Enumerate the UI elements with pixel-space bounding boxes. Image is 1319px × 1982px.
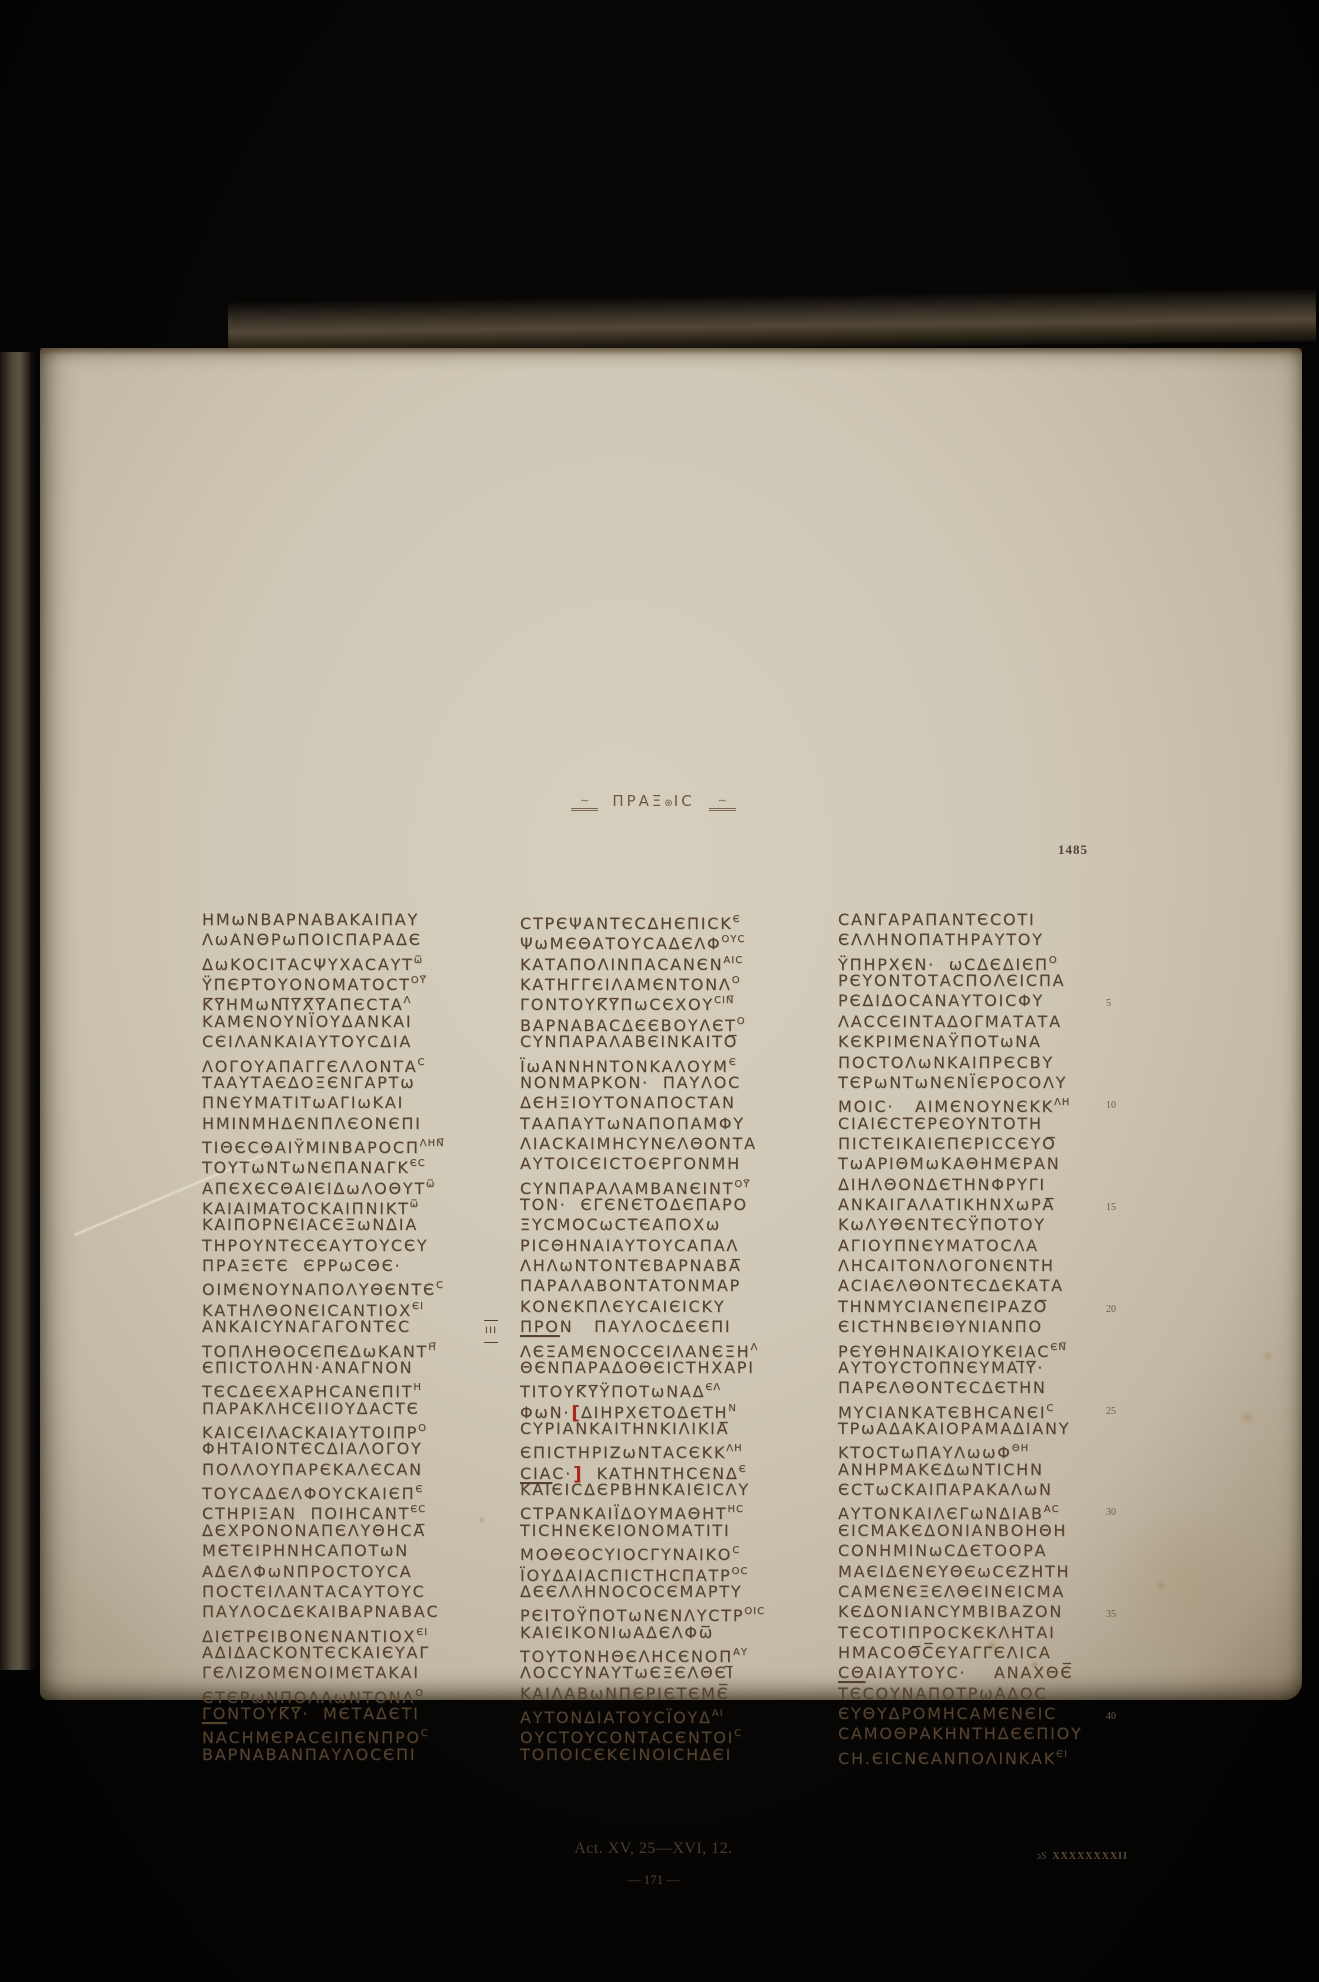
superscript-letters: ЄΝ̅	[1050, 1342, 1066, 1353]
manuscript-text-line: ΡЄΔΙΔΟСΑΝΑΥΤΟΙСΦΥ	[838, 991, 1083, 1011]
manuscript-text-line: СΑΜЄΝЄΞЄΛΘЄΙΝЄΙСΜΑ	[838, 1582, 1083, 1602]
superscript-letters: Ο	[737, 1016, 746, 1027]
manuscript-text-line: СΤΗΡΙΞΑΝ ΠΟΙΗСΑΝΤЄС	[202, 1500, 445, 1520]
manuscript-text-line: ΦΗΤΑΙΟΝΤЄСΔΙΑΛΟΓΟΥ	[202, 1439, 445, 1459]
manuscript-text-line: ΛЄΞΑΜЄΝΟССЄΙΛΑΝЄΞΗΛ	[520, 1338, 765, 1358]
manuscript-text-line: ΤΟΝ· ЄΓЄΝЄΤΟΔЄΠΑΡΟ	[520, 1195, 765, 1215]
paragraphus-underline: ΓΟ	[202, 1704, 227, 1723]
superscript-letters: ΟΙС	[744, 1606, 765, 1617]
foxing-spot	[478, 1516, 486, 1524]
manuscript-text-line: ЄΙСΤΗΝΒЄΙΘΥΝΙΑΝΠΟ	[838, 1317, 1083, 1337]
manuscript-text-line: ΤЄСΔЄЄΧΑΡΗСΑΝЄΠΙΤΗ	[202, 1378, 445, 1398]
superscript-letters: ω̅	[426, 1179, 435, 1190]
superscript-letters: Λ	[404, 995, 412, 1006]
superscript-letters: Є	[729, 1057, 737, 1068]
manuscript-text-line: ΠΝЄΥΜΑΤΙΤωΑΓΙωΚΑΙ	[202, 1093, 445, 1113]
manuscript-text-line: ΡЄΙΤΟΫΠΟΤωΝЄΝΛΥСΤΡΟΙС	[520, 1602, 765, 1622]
manuscript-text-line: ΤΙΘЄСΘΑΙΫΜΙΝΒΑΡΟСΠΛΗΝ̅	[202, 1134, 445, 1154]
manuscript-text-line: ΛΑССЄΙΝΤΑΔΟΓΜΑΤΑΤΑ	[838, 1012, 1083, 1032]
manuscript-text-line: ΠΟСΤЄΙΛΑΝΤΑСΑΥΤΟΥС	[202, 1582, 445, 1602]
manuscript-text-line: ΚΑΙЄΙΚΟΝΙωΑΔЄΛΦω̅	[520, 1623, 765, 1643]
manuscript-text-line: ΜΥСΙΑΝΚΑΤЄΒΗСΑΝЄΙС	[838, 1399, 1083, 1419]
manuscript-text-line: ΞΥСΜΟСωСΤЄΑΠΟΧω	[520, 1215, 765, 1235]
manuscript-text-line: ΗΜωΝΒΑΡΝΑΒΑΚΑΙΠΑΥ	[202, 910, 445, 930]
manuscript-text-line: ΠΑΡЄΛΘΟΝΤЄСΔЄΤΗΝ	[838, 1378, 1083, 1398]
manuscript-text-line: ΑΥΤΟΙСЄΙСΤΟЄΡΓΟΝΜΗ	[520, 1154, 765, 1174]
manuscript-text-line: ΠΑΥΛΟСΔЄΚΑΙΒΑΡΝΑΒΑС	[202, 1602, 445, 1622]
foxing-spot	[1238, 1410, 1256, 1425]
superscript-letters: ΟΥ̅	[411, 975, 427, 986]
red-close-bracket: ]	[572, 1463, 583, 1485]
superscript-letters: ΑΙС	[723, 955, 743, 966]
manuscript-text-line: ΤΡωΑΔΑΚΑΙΟΡΑΜΑΔΙΑΝΥ	[838, 1419, 1083, 1439]
manuscript-text-line: ΛΟΓΟΥΑΠΑΓΓЄΛΛΟΝΤΑС	[202, 1053, 445, 1073]
manuscript-text-line: СΥΝΠΑΡΑΛΑΒЄΙΝΚΑΙΤΟ̅	[520, 1032, 765, 1052]
manuscript-text-line: ΤΟΥΤωΝΤωΝЄΠΑΝΑΓΚЄС	[202, 1154, 445, 1174]
text-column-1: ΗΜωΝΒΑΡΝΑΒΑΚΑΙΠΑΥΛωΑΝΘΡωΠΟΙСΠΑΡΑΔЄΔωΚΟСΙ…	[202, 910, 445, 1765]
manuscript-text-line: СΤΡΑΝΚΑΙΪΔΟΥΜΑΘΗΤΗС	[520, 1500, 765, 1520]
manuscript-text-line: ΚΟΝЄΚΠΛЄΥСΑΙЄΙСΚΥ	[520, 1297, 765, 1317]
running-title-text: ΠΡΑΞ⊛ΙС	[612, 792, 694, 811]
superscript-letters: ΛΗ	[726, 1443, 742, 1454]
superscript-letters: ЄΙ	[416, 1627, 428, 1638]
manuscript-text-line: ΔЄЄΛΛΗΝΟСΟСЄΜΑΡΤΥ	[520, 1582, 765, 1602]
superscript-letters: Λ	[751, 1342, 759, 1353]
manuscript-text-line: ΤΑΑΠΑΥΤωΝΑΠΟΠΑΜΦΥ	[520, 1114, 765, 1134]
manuscript-text-line: ΤωΑΡΙΘΜωΚΑΘΗΜЄΡΑΝ	[838, 1154, 1083, 1174]
manuscript-text-line: ΜΑЄΙΔЄΝЄΥΘЄωСЄΖΗΤΗ	[838, 1562, 1083, 1582]
manuscript-text-line: ΗΜΑСΟΘ̅С̅ЄΥΑΓΓЄΛΙСΑ	[838, 1643, 1083, 1663]
text-column-3: СΑΝΓΑΡΑΠΑΝΤЄСΟΤΙЄΛΛΗΝΟΠΑΤΗΡΑΥΤΟΥΫΠΗΡΧЄΝ·…	[838, 910, 1083, 1765]
verse-number: 5	[1106, 994, 1111, 1014]
superscript-letters: ЄΙ	[1056, 1749, 1068, 1760]
manuscript-text-line: ΑСΙΑЄΛΘΟΝΤЄСΔЄΚΑΤΑ	[838, 1276, 1083, 1296]
manuscript-text-line: ΚΤΟСΤωΠΑΥΛωωΦΘΗ	[838, 1439, 1083, 1459]
manuscript-text-line: ΠΡΑΞЄΤЄ ЄΡΡωСΘЄ·	[202, 1256, 445, 1276]
manuscript-text-line: ΠΟСΤΟΛωΝΚΑΙΠΡЄСΒΥ	[838, 1053, 1083, 1073]
manuscript-text-line: ΓΟΝΤΟΥΚ̅Υ̅· ΜЄΤΑΔЄΤΙ	[202, 1704, 445, 1724]
superscript-letters: С	[436, 1280, 444, 1291]
verse-number: 20	[1106, 1300, 1116, 1320]
superscript-letters: Ο	[415, 1688, 424, 1699]
manuscript-text-line: СЄΙΛΑΝΚΑΙΑΥΤΟΥСΔΙΑ	[202, 1032, 445, 1052]
manuscript-text-line: ΑΔЄΛΦωΝΠΡΟСΤΟΥСΑ	[202, 1562, 445, 1582]
red-open-bracket: [	[570, 1402, 581, 1424]
manuscript-text-line: ΔЄΗΞΙΟΥΤΟΝΑΠΟСΤΑΝ	[520, 1093, 765, 1113]
manuscript-text-line: ΠΟΛΛΟΥΠΑΡЄΚΑΛЄСΑΝ	[202, 1460, 445, 1480]
manuscript-text-line: ЄΙСΜΑΚЄΔΟΝΙΑΝΒΟΗΘΗ	[838, 1521, 1083, 1541]
manuscript-text-line: ΤΙСΗΝЄΚЄΙΟΝΟΜΑΤΙΤΙ	[520, 1521, 765, 1541]
manuscript-text-line: ЄΛΛΗΝΟΠΑΤΗΡΑΥΤΟΥ	[838, 930, 1083, 950]
manuscript-text-line: ΚЄΚΡΙΜЄΝΑΫΠΟΤωΝΑ	[838, 1032, 1083, 1052]
manuscript-text-line: ΜΟΘЄΟСΥΙΟСΓΥΝΑΙΚΟС	[520, 1541, 765, 1561]
superscript-letters: С	[418, 1057, 426, 1068]
manuscript-text-line: ΡЄΥΘΗΝΑΙΚΑΙΟΥΚЄΙΑСЄΝ̅	[838, 1338, 1083, 1358]
superscript-letters: Ο	[418, 1423, 427, 1434]
manuscript-text-line: ΚΑΙΑΙΜΑΤΟСΚΑΙΠΝΙΚΤω̅	[202, 1195, 445, 1215]
manuscript-text-line: ΚЄΔΟΝΙΑΝСΥΜΒΙΒΑΖΟΝ	[838, 1602, 1083, 1622]
manuscript-text-line: ΓЄΛΙΖΟΜЄΝΟΙΜЄΤΑΚΑΙ	[202, 1663, 445, 1683]
manuscript-text-line: ΨωΜЄΘΑΤΟΥСΑΔЄΛΦΟΥС	[520, 930, 765, 950]
running-title: ∼ΠΡΑΞ⊛ΙС∼	[202, 792, 1105, 813]
title-ornament-icon: ⊛	[664, 798, 673, 809]
manuscript-text-line: ΟΙΜЄΝΟΥΝΑΠΟΛΥΘЄΝΤЄС	[202, 1276, 445, 1296]
manuscript-text-line: ЄΠΙСΤΗΡΙΖωΝΤΑСЄΚΚΛΗ	[520, 1439, 765, 1459]
facsimile-photo: ∼ΠΡΑΞ⊛ΙС∼ 1485 ΗΜωΝΒΑΡΝΑΒΑΚΑΙΠΑΥΛωΑΝΘΡωΠ…	[0, 0, 1319, 1982]
manuscript-text-line: ΤΑΑΥΤΑЄΔΟΞЄΝΓΑΡΤω	[202, 1073, 445, 1093]
manuscript-text-line: СΟΝΗΜΙΝωСΔЄΤΟΟΡΑ	[838, 1541, 1083, 1561]
manuscript-text-line: ΠΑΡΑΚΛΗСЄΙΙΟΥΔΑСΤЄ	[202, 1399, 445, 1419]
manuscript-text-line: ΔΙΗΛΘΟΝΔЄΤΗΝΦΡΥΓΙ	[838, 1175, 1083, 1195]
manuscript-text-line: ΒΑΡΝΑΒΑСΔЄЄΒΟΥΛЄΤΟ	[520, 1012, 765, 1032]
manuscript-text-line: ΘЄΝΠΑΡΑΔΟΘЄΙСΤΗΧΑΡΙ	[520, 1358, 765, 1378]
superscript-letters: Ο	[1049, 955, 1058, 966]
manuscript-text-line: ΚΑΤΗΓΓЄΙΛΑΜЄΝΤΟΝΛΟ	[520, 971, 765, 991]
superscript-letters: ЄС	[410, 1504, 426, 1515]
manuscript-text-line: ΛΙΑСΚΑΙΜΗСΥΝЄΛΘΟΝΤΑ	[520, 1134, 765, 1154]
manuscript-text-line: ΑΝΚΑΙΓΑΛΑΤΙΚΗΝΧωΡΑ̅	[838, 1195, 1083, 1215]
manuscript-text-line: ЄΤЄΡωΝΠΟΛΛωΝΤΟΝΛΟ	[202, 1684, 445, 1704]
manuscript-text-line: ΗΜΙΝΜΗΔЄΝΠΛЄΟΝЄΠΙ	[202, 1114, 445, 1134]
superscript-letters: ΟС	[732, 1566, 749, 1577]
manuscript-text-line: ΑΠЄΧЄСΘΑΙЄΙΔωΛΟΘΥΤω̅	[202, 1175, 445, 1195]
manuscript-text-line: ΛΟССΥΝΑΥΤωЄΞЄΛΘЄΙ̅	[520, 1663, 765, 1683]
manuscript-text-line: ΔΙЄΤΡЄΙΒΟΝЄΝΑΝΤΙΟΧЄΙ	[202, 1623, 445, 1643]
verse-number: 15	[1106, 1198, 1116, 1218]
manuscript-text-line: ΑΓΙΟΥΠΝЄΥΜΑΤΟСΛΑ	[838, 1236, 1083, 1256]
manuscript-text-line: СΘΑΙΑΥΤΟΥС· ΑΝΑΧΘЄ̅	[838, 1663, 1083, 1683]
manuscript-text-line: ΤΗΝΜΥСΙΑΝЄΠЄΙΡΑΖΟ̅	[838, 1297, 1083, 1317]
superscript-letters: ω̅	[414, 955, 423, 966]
folio-number: — 171 —	[202, 1872, 1105, 1888]
manuscript-text-line: ΡΙСΘΗΝΑΙΑΥΤΟΥСΑΠΑΛ	[520, 1236, 765, 1256]
manuscript-text-line: ΫΠΗΡΧЄΝ· ωСΔЄΔΙЄΠΟ	[838, 951, 1083, 971]
manuscript-text-line: ΦωΝ·[ΔΙΗΡΧЄΤΟΔЄΤΗΝ	[520, 1399, 765, 1419]
manuscript-text-line: ЄΥΘΥΔΡΟΜΗСΑΜЄΝЄΙС	[838, 1704, 1083, 1724]
superscript-letters: ΛΗ	[1054, 1097, 1070, 1108]
manuscript-text-line: ΤЄΡωΝΤωΝЄΝΪЄΡΟСΟΛΥ	[838, 1073, 1083, 1093]
manuscript-text-line: ΚΑΜЄΝΟΥΝΪΟΥΔΑΝΚΑΙ	[202, 1012, 445, 1032]
superscript-letters: ω̅	[410, 1199, 419, 1210]
manuscript-text-line: ΤΟΠΛΗΘΟСЄΠЄΔωΚΑΝΤΗ̅	[202, 1338, 445, 1358]
manuscript-text-line: ΫΠЄΡΤΟΥΟΝΟΜΑΤΟСΤΟΥ̅	[202, 971, 445, 991]
superscript-letters: С	[732, 1545, 740, 1556]
superscript-letters: ΛΗΝ̅	[420, 1138, 445, 1149]
manuscript-text-line: ΑΥΤΟΝΚΑΙΛЄΓωΝΔΙΑΒΑС	[838, 1500, 1083, 1520]
chapter-margin-numeral: ΙΙΙ	[484, 1320, 498, 1342]
manuscript-text-line: ΡЄΥΟΝΤΟΤΑСΠΟΛЄΙСΠΑ	[838, 971, 1083, 991]
manuscript-text-line: СΙΑΙЄСΤЄΡЄΟΥΝΤΟΤΗ	[838, 1114, 1083, 1134]
foxing-spot	[1262, 1350, 1274, 1362]
superscript-letters: Η̅	[428, 1342, 437, 1353]
paragraphus-underline: ΠΡΟ	[520, 1317, 560, 1336]
superscript-letters: ЄΛ	[705, 1382, 721, 1393]
stain-patch	[1100, 1508, 1270, 1658]
manuscript-text-line: ΑΝΚΑΙСΥΝΑΓΑΓΟΝΤЄС	[202, 1317, 445, 1337]
manuscript-text-line: ΠΙСΤЄΙΚΑΙЄΠЄΡΙССЄΥΟ̅	[838, 1134, 1083, 1154]
verse-number: 40	[1106, 1707, 1116, 1727]
title-flourish-right: ∼	[709, 794, 736, 811]
manuscript-text-line: ΪωΑΝΝΗΝΤΟΝΚΑΛΟΥΜЄ	[520, 1053, 765, 1073]
title-flourish-left: ∼	[571, 794, 598, 811]
verse-number: 25	[1106, 1402, 1116, 1422]
manuscript-text-line: ΚΑΤΗΛΘΟΝЄΙСΑΝΤΙΟΧЄΙ	[202, 1297, 445, 1317]
manuscript-text-line: СΑΜΟΘΡΑΚΗΝΤΗΔЄЄΠΙΟΥ	[838, 1724, 1083, 1744]
manuscript-text-line: ΤΟΥΤΟΝΗΘЄΛΗСЄΝΟΠΑΥ	[520, 1643, 765, 1663]
manuscript-text-line: ΟΥСΤΟΥСΟΝΤΑСЄΝΤΟΙС	[520, 1724, 765, 1744]
text-column-2: СΤΡЄΨΑΝΤЄСΔΗЄΠΙСΚЄΨωΜЄΘΑΤΟΥСΑΔЄΛΦΟΥСΚΑΤΑ…	[520, 910, 765, 1765]
plate-number: 1485	[1058, 842, 1118, 858]
manuscript-text-line: СΤΡЄΨΑΝΤЄСΔΗЄΠΙСΚЄ	[520, 910, 765, 930]
superscript-letters: ΑΙ	[712, 1708, 724, 1719]
manuscript-text-line: ЄΠΙСΤΟΛΗΝ·ΑΝΑΓΝΟΝ	[202, 1358, 445, 1378]
book-page-edges	[0, 352, 35, 1670]
manuscript-text-line: Κ̅Υ̅ΗΜωΝΙ̅Υ̅Χ̅Υ̅ΑΠЄСΤΑΛ	[202, 991, 445, 1011]
superscript-letters: Ν	[728, 1403, 736, 1414]
manuscript-text-line: ЄСΤωСΚΑΙΠΑΡΑΚΑΛωΝ	[838, 1480, 1083, 1500]
superscript-letters: Є	[733, 914, 741, 925]
superscript-letters: Є	[415, 1484, 423, 1495]
superscript-letters: С	[421, 1728, 429, 1739]
manuscript-text-line: ΪΟΥΔΑΙΑСΠΙСΤΗСΠΑΤΡΟС	[520, 1562, 765, 1582]
manuscript-text-line: ΚΑΙЄΙСΔЄΡΒΗΝΚΑΙЄΙСΛΥ	[520, 1480, 765, 1500]
manuscript-text-line: ΚωΛΥΘЄΝΤЄСΫΠΟΤΟΥ	[838, 1215, 1083, 1235]
quire-symbol-icon: ↄS	[1036, 1850, 1046, 1862]
scripture-reference: Act. XV, 25—XVI, 12.	[202, 1840, 1105, 1858]
verse-number: 30	[1106, 1503, 1116, 1523]
manuscript-text-line: ΤЄСΟΥΝΑΠΟΤΡωΑΔΟС	[838, 1684, 1083, 1704]
superscript-letters: ΘΗ	[1012, 1443, 1029, 1454]
manuscript-text-line: ΝΑСΗΜЄΡΑСЄΙΠЄΝΠΡΟС	[202, 1724, 445, 1744]
manuscript-text-line: ΔωΚΟСΙΤΑСΨΥΧΑСΑΥΤω̅	[202, 951, 445, 971]
manuscript-text-line: ΠΡΟΝ ΠΑΥΛΟСΔЄЄΠΙ	[520, 1317, 765, 1337]
superscript-letters: Ο	[732, 975, 741, 986]
superscript-letters: ΗС	[727, 1504, 744, 1515]
manuscript-text-line: ΤΟΥСΑΔЄΛΦΟΥСΚΑΙЄΠЄ	[202, 1480, 445, 1500]
superscript-letters: С	[734, 1728, 742, 1739]
verse-number: 35	[1106, 1605, 1116, 1625]
manuscript-text-line: СΗ.ЄΙСΝЄΑΝΠΟΛΙΝΚΑΚЄΙ	[838, 1745, 1083, 1765]
quire-signature: ↄSXXXXXXXXII	[1036, 1850, 1128, 1862]
manuscript-text-line: ΑΔΙΔΑСΚΟΝΤЄСΚΑΙЄΥΑΓ	[202, 1643, 445, 1663]
manuscript-text-line: ΑΝΗΡΜΑΚЄΔωΝΤΙСΗΝ	[838, 1460, 1083, 1480]
manuscript-text-line: ΤΗΡΟΥΝΤЄСЄΑΥΤΟΥСЄΥ	[202, 1236, 445, 1256]
manuscript-text-line: ΜЄΤЄΙΡΗΝΗСΑΠΟΤωΝ	[202, 1541, 445, 1561]
manuscript-text-line: ΓΟΝΤΟΥΚ̅Υ̅ΠωСЄΧΟΥСΙΝ̅	[520, 991, 765, 1011]
superscript-letters: ЄС	[410, 1158, 426, 1169]
manuscript-text-line: ΛΗСΑΙΤΟΝΛΟΓΟΝЄΝΤΗ	[838, 1256, 1083, 1276]
superscript-letters: ΟΥ̅	[734, 1179, 750, 1190]
superscript-letters: Η	[413, 1382, 422, 1393]
superscript-letters: ΟΥС	[721, 934, 745, 945]
manuscript-text-line: ΚΑΙСЄΙΛΑСΚΑΙΑΥΤΟΙΠΡΟ	[202, 1419, 445, 1439]
manuscript-text-line: ΔЄΧΡΟΝΟΝΑΠЄΛΥΘΗСΑ̅	[202, 1521, 445, 1541]
manuscript-text-line: ΚΑΙΠΟΡΝЄΙΑСЄΞωΝΔΙΑ	[202, 1215, 445, 1235]
manuscript-text-line: ΤЄСΟΤΙΠΡΟСΚЄΚΛΗΤΑΙ	[838, 1623, 1083, 1643]
book-binding-edge	[228, 289, 1317, 354]
manuscript-text-line: ΑΥΤΟΝΔΙΑΤΟΥСΪΟΥΔΑΙ	[520, 1704, 765, 1724]
manuscript-text-line: ΛΗΛωΝΤΟΝΤЄΒΑΡΝΑΒΑ̅	[520, 1256, 765, 1276]
manuscript-text-line: СΙΑС·] ΚΑΤΗΝΤΗСЄΝΔЄ	[520, 1460, 765, 1480]
superscript-letters: ЄΙ	[412, 1301, 424, 1312]
manuscript-text-line: ΛωΑΝΘΡωΠΟΙСΠΑΡΑΔЄ	[202, 930, 445, 950]
superscript-letters: ΑС	[1044, 1504, 1060, 1515]
manuscript-text-line: СΥΡΙΑΝΚΑΙΤΗΝΚΙΛΙΚΙΑ̅	[520, 1419, 765, 1439]
superscript-letters: С	[1046, 1403, 1054, 1414]
superscript-letters: Є	[739, 1464, 747, 1475]
manuscript-text-line: ΚΑΤΑΠΟΛΙΝΠΑСΑΝЄΝΑΙС	[520, 951, 765, 971]
manuscript-text-line: ΤΙΤΟΥΚ̅Υ̅ΫΠΟΤωΝΑΔЄΛ	[520, 1378, 765, 1398]
manuscript-text-line: ΝΟΝΜΑΡΚΟΝ· ΠΑΥΛΟС	[520, 1073, 765, 1093]
manuscript-text-line: ΜΟΙС· ΑΙΜЄΝΟΥΝЄΚΚΛΗ	[838, 1093, 1083, 1113]
manuscript-text-line: СΥΝΠΑΡΑΛΑΜΒΑΝЄΙΝΤΟΥ̅	[520, 1175, 765, 1195]
manuscript-text-line: ΤΟΠΟΙСЄΚЄΙΝΟΙСΗΔЄΙ	[520, 1745, 765, 1765]
verse-number: 10	[1106, 1096, 1116, 1116]
paragraphus-underline: СΘ	[838, 1663, 865, 1682]
superscript-letters: ΑΥ	[733, 1647, 748, 1658]
superscript-letters: СΙΝ̅	[714, 995, 734, 1006]
manuscript-page: ∼ΠΡΑΞ⊛ΙС∼ 1485 ΗΜωΝΒΑΡΝΑΒΑΚΑΙΠΑΥΛωΑΝΘΡωΠ…	[40, 348, 1302, 1700]
manuscript-text-line: ΒΑΡΝΑΒΑΝΠΑΥΛΟСЄΠΙ	[202, 1745, 445, 1765]
manuscript-text-line: ΠΑΡΑΛΑΒΟΝΤΑΤΟΝΜΑΡ	[520, 1276, 765, 1296]
manuscript-text-line: ΚΑΙΛΑΒωΝΠЄΡΙЄΤЄΜЄ̅	[520, 1684, 765, 1704]
manuscript-text-line: СΑΝΓΑΡΑΠΑΝΤЄСΟΤΙ	[838, 910, 1083, 930]
